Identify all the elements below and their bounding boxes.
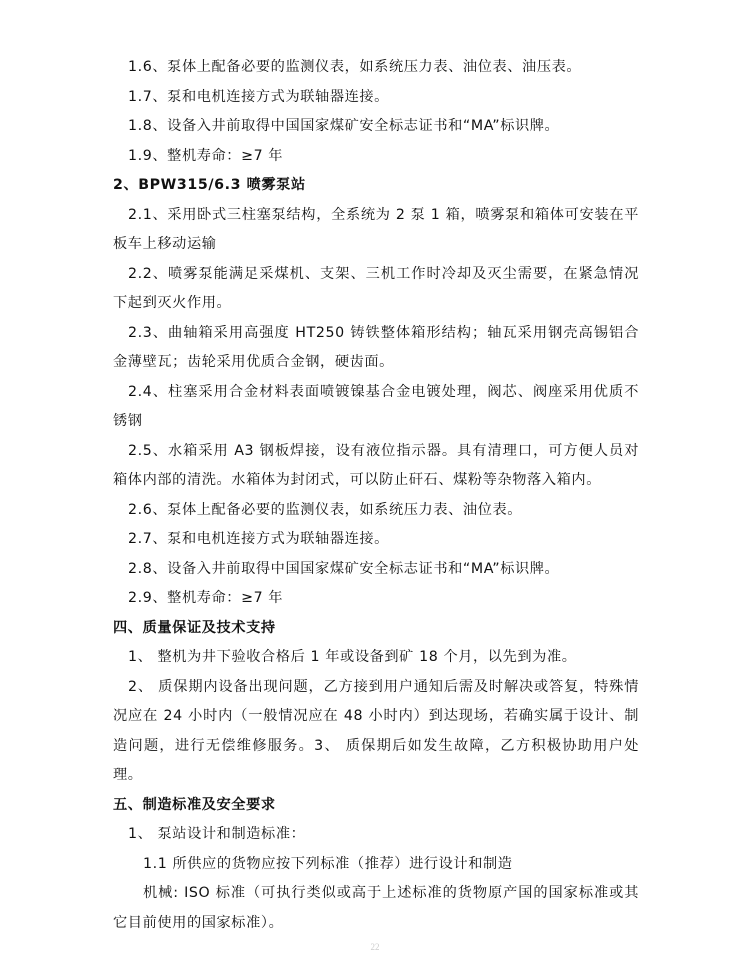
section-heading-2: 2、BPW315/6.3 喷雾泵站 (113, 171, 639, 201)
document-page: 1.6、泵体上配备必要的监测仪表，如系统压力表、油位表、油压表。 1.7、泵和电… (113, 53, 639, 938)
paragraph-2-1: 2.1、采用卧式三柱塞泵结构，全系统为 2 泵 1 箱，喷雾泵和箱体可安装在平板… (113, 201, 639, 260)
paragraph-2-4: 2.4、柱塞采用合金材料表面喷镀镍基合金电镀处理，阀芯、阀座采用优质不锈钢 (113, 378, 639, 437)
paragraph-standards-1: 1、 泵站设计和制造标准： (113, 820, 639, 850)
paragraph-2-6: 2.6、泵体上配备必要的监测仪表，如系统压力表、油位表。 (113, 496, 639, 526)
paragraph-warranty-2: 2、 质保期内设备出现问题，乙方接到用户通知后需及时解决或答复，特殊情况应在 2… (113, 673, 639, 791)
paragraph-warranty-1: 1、 整机为井下验收合格后 1 年或设备到矿 18 个月，以先到为准。 (113, 643, 639, 673)
section-heading-4: 四、质量保证及技术支持 (113, 614, 639, 644)
paragraph-1-6: 1.6、泵体上配备必要的监测仪表，如系统压力表、油位表、油压表。 (113, 53, 639, 83)
paragraph-standards-1-1: 1.1 所供应的货物应按下列标准（推荐）进行设计和制造 (113, 850, 639, 880)
paragraph-2-2: 2.2、喷雾泵能满足采煤机、支架、三机工作时冷却及灭尘需要，在紧急情况下起到灭火… (113, 260, 639, 319)
paragraph-2-7: 2.7、泵和电机连接方式为联轴器连接。 (113, 525, 639, 555)
paragraph-1-9: 1.9、整机寿命：≥7 年 (113, 142, 639, 172)
section-heading-5: 五、制造标准及安全要求 (113, 791, 639, 821)
paragraph-standards-machinery: 机械: ISO 标准（可执行类似或高于上述标准的货物原产国的国家标准或其它目前使… (113, 879, 639, 938)
paragraph-1-7: 1.7、泵和电机连接方式为联轴器连接。 (113, 83, 639, 113)
paragraph-2-9: 2.9、整机寿命：≥7 年 (113, 584, 639, 614)
paragraph-1-8: 1.8、设备入井前取得中国国家煤矿安全标志证书和“MA”标识牌。 (113, 112, 639, 142)
paragraph-2-3: 2.3、曲轴箱采用高强度 HT250 铸铁整体箱形结构；轴瓦采用钢壳高锡铝合金薄… (113, 319, 639, 378)
paragraph-2-8: 2.8、设备入井前取得中国国家煤矿安全标志证书和“MA”标识牌。 (113, 555, 639, 585)
paragraph-2-5: 2.5、水箱采用 A3 钢板焊接，设有液位指示器。具有清理口，可方便人员对箱体内… (113, 437, 639, 496)
page-number: 22 (0, 942, 750, 952)
